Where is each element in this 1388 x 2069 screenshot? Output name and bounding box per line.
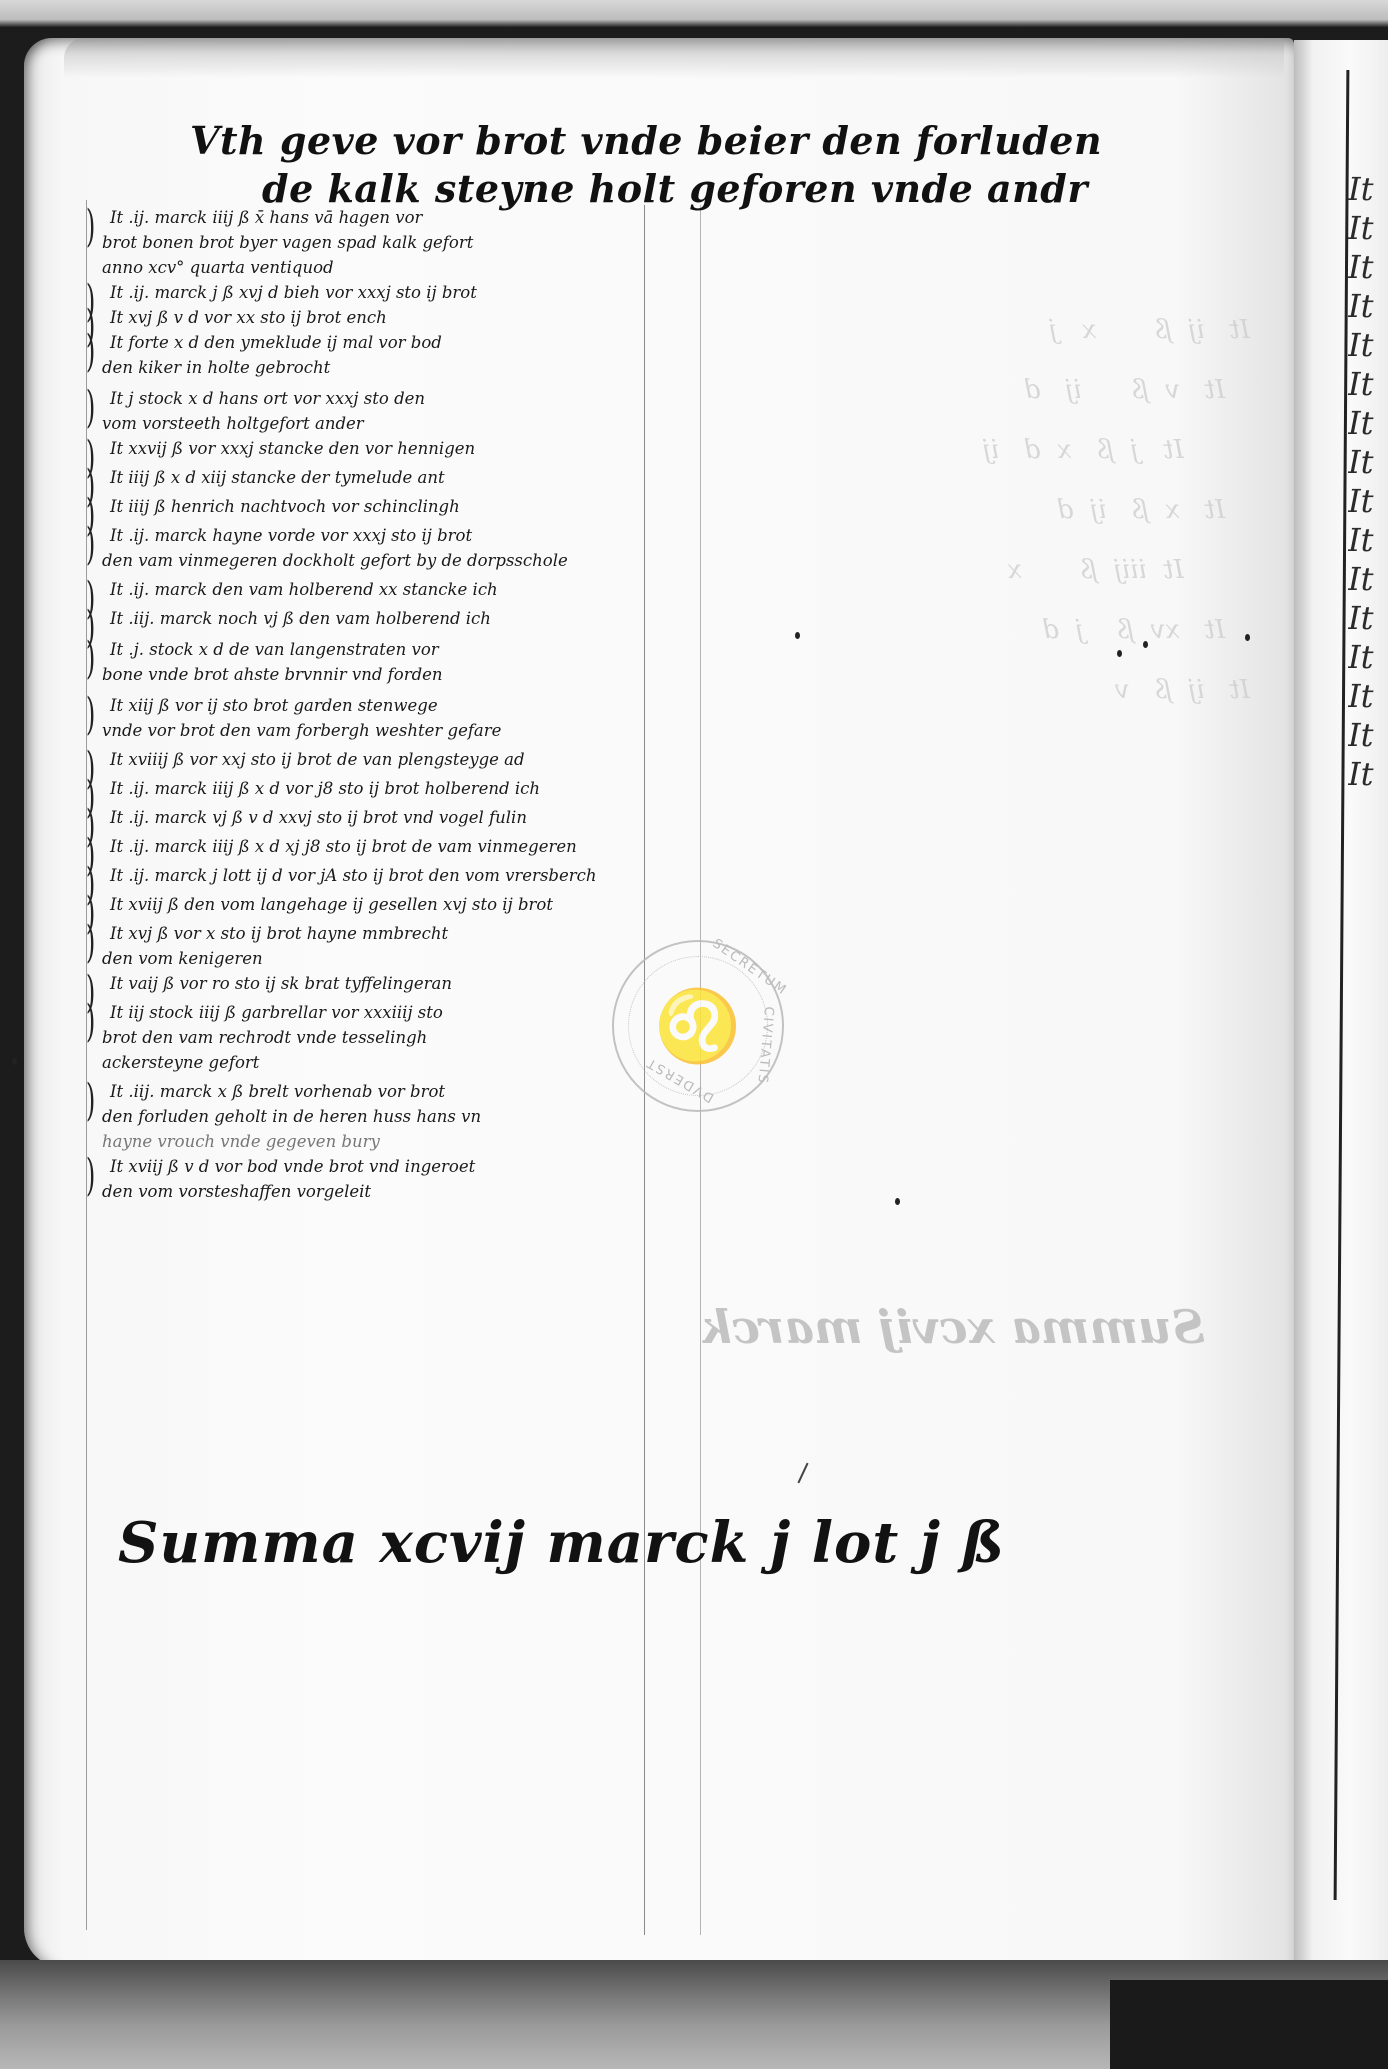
ledger-entry: )It .j. stock x d de van langenstraten v… [88, 637, 688, 687]
ledger-entry: )It .ij. marck iiij ß x d xj j8 sto ij b… [88, 834, 688, 859]
ink-spot [895, 1198, 900, 1205]
ledger-entry: )It .ij. marck hayne vorde vor xxxj sto … [88, 523, 688, 573]
brace-mark-icon: ) [86, 205, 95, 249]
bleed-through-text: It ij ß x j It v ß ij d It j ß x d ij It… [730, 300, 1250, 720]
seal-legend-right: CIVITATIS [754, 1006, 776, 1085]
ink-spot [795, 632, 800, 639]
ink-spot [1117, 650, 1122, 657]
ledger-entry: )It iiij ß henrich nachtvoch vor schincl… [88, 494, 688, 519]
ledger-entry: )It xviiij ß vor xxj sto ij brot de van … [88, 747, 688, 772]
heading-line-1: Vth geve vor brot vnde beier den forlude… [190, 118, 1102, 163]
seal-legend-top: SECRETUM [710, 936, 790, 998]
facing-page-margin-marks: It It It It It It It It It It It It It I… [1348, 170, 1388, 810]
ledger-entry: )It vaij ß vor ro sto ij sk brat tyffeli… [88, 971, 688, 996]
ledger-entry: )It iiij ß x d xiij stancke der tymelude… [88, 465, 688, 490]
ledger-entry: )It .ij. marck iiij ß x̄ hans vā hagen v… [88, 205, 688, 255]
ledger-entry: )It xviij ß v d vor bod vnde brot vnd in… [88, 1154, 688, 1204]
ledger-entry: )It .iij. marck noch vj ß den vam holber… [88, 606, 688, 631]
ledger-entry: )It .ij. marck iiij ß x d vor j8 sto ij … [88, 776, 688, 801]
scan-bottom-shadow [1110, 1980, 1388, 2069]
page-heading: Vth geve vor brot vnde beier den forlude… [190, 117, 1130, 213]
brace-mark-icon: ) [86, 1154, 95, 1198]
brace-mark-icon: ) [86, 1000, 95, 1044]
ledger-entry: )It xvj ß v d vor xx sto ij brot ench [88, 305, 688, 330]
scan-top-edge [0, 0, 1388, 28]
ledger-entry: anno xcv° quarta ventiquod [88, 255, 688, 280]
ink-spot [1143, 641, 1148, 648]
brace-mark-icon: ) [86, 330, 95, 374]
ledger-entry: )It xxvij ß vor xxxj stancke den vor hen… [88, 436, 688, 461]
summa-label: Summa [118, 1510, 359, 1576]
summa-value: xcvij marck j lot j ß [379, 1510, 1005, 1576]
page-top-wear [64, 38, 1284, 78]
ledger-entry: )It forte x d den ymeklude ij mal vor bo… [88, 330, 688, 380]
ledger-entry: )It .ij. marck j lott ij d vor jA sto ij… [88, 863, 688, 888]
brace-mark-icon: ) [86, 1079, 95, 1123]
official-seal-stamp: ♌ SECRETUM CIVITATIS DVDERST [612, 940, 784, 1112]
brace-mark-icon: ) [86, 921, 95, 965]
ledger-entry: )It .iij. marck x ß brelt vorhenab vor b… [88, 1079, 688, 1154]
ledger-entry: )It xviij ß den vom langehage ij geselle… [88, 892, 688, 917]
ink-spot [12, 1058, 17, 1065]
ledger-entry: )It iij stock iiij ß garbrellar vor xxxi… [88, 1000, 688, 1075]
seal-legend: SECRETUM CIVITATIS DVDERST [614, 942, 782, 1110]
summa-total: Summa xcvij marck j lot j ß [118, 1510, 1005, 1576]
brace-mark-icon: ) [86, 693, 95, 737]
ledger-entry: )It xvj ß vor x sto ij brot hayne mmbrec… [88, 921, 688, 971]
ledger-entries: )It .ij. marck iiij ß x̄ hans vā hagen v… [88, 205, 688, 1204]
ledger-entry: )It .ij. marck den vam holberend xx stan… [88, 577, 688, 602]
ledger-entry: )It j stock x d hans ort vor xxxj sto de… [88, 386, 688, 436]
brace-mark-icon: ) [86, 523, 95, 567]
ledger-entry: )It .ij. marck j ß xvj d bieh vor xxxj s… [88, 280, 688, 305]
brace-mark-icon: ) [86, 637, 95, 681]
ledger-entry: )It xiij ß vor ij sto brot garden stenwe… [88, 693, 688, 743]
ledger-entry: )It .ij. marck vj ß v d xxvj sto ij brot… [88, 805, 688, 830]
brace-mark-icon: ) [86, 386, 95, 430]
summa-bleed-through: Summa xcvij marck [700, 1300, 1205, 1354]
seal-legend-bottom: DVDERST [643, 1054, 716, 1105]
ink-spot [1245, 634, 1250, 641]
